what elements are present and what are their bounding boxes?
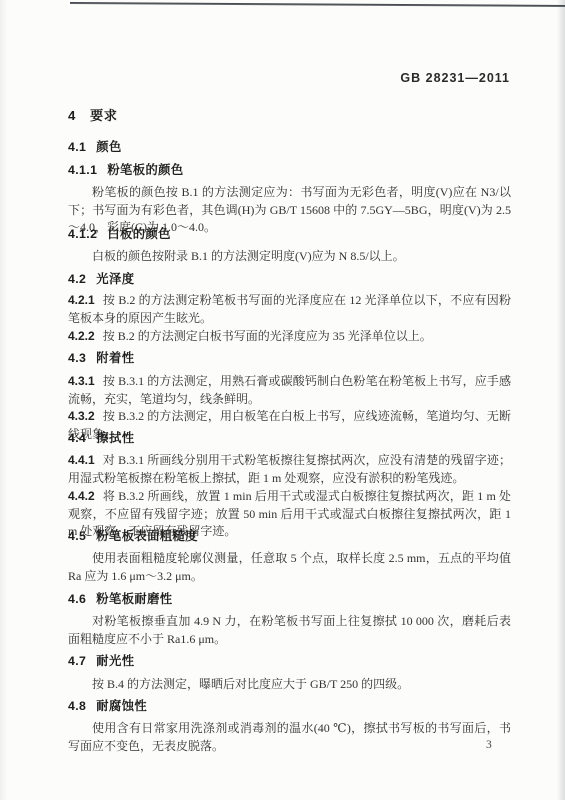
clause-number: 4.4.2 bbox=[68, 489, 95, 503]
section-heading-4-4: 4.4擦拭性 bbox=[68, 430, 511, 448]
paragraph: 对粉笔板擦垂直加 4.9 N 力，在粉笔板书写面上往复擦拭 10 000 次，磨… bbox=[68, 613, 511, 648]
clause-text: 按 B.3.1 的方法测定，用熟石膏或碳酸钙制白色粉笔在粉笔板上书写，应手感流畅… bbox=[68, 374, 511, 406]
section-heading-4-2: 4.2光泽度 bbox=[68, 271, 511, 289]
heading-number: 4.1.1 bbox=[68, 163, 97, 177]
section-heading-4: 4要求 bbox=[68, 107, 511, 125]
clause-text: 按 B.2 的方法测定白板书写面的光泽度应为 35 光泽单位以上。 bbox=[103, 329, 432, 343]
heading-title: 附着性 bbox=[96, 351, 134, 365]
section-heading-4-7: 4.7耐光性 bbox=[68, 653, 511, 671]
heading-number: 4.4 bbox=[68, 431, 86, 445]
clause-text: 对 B.3.1 所画线分别用干式粉笔板擦往复擦拭两次，应没有清楚的残留字迹；用湿… bbox=[68, 453, 511, 485]
heading-title: 粉笔板耐磨性 bbox=[96, 592, 172, 606]
section-heading-4-1-2: 4.1.2白板的颜色 bbox=[68, 226, 511, 244]
heading-number: 4.6 bbox=[68, 592, 86, 606]
heading-number: 4.1 bbox=[68, 140, 86, 154]
scan-edge-top-line bbox=[70, 2, 565, 7]
heading-number: 4.3 bbox=[68, 351, 86, 365]
heading-number: 4.8 bbox=[68, 699, 86, 713]
clause-paragraph-4-3-1: 4.3.1按 B.3.1 的方法测定，用熟石膏或碳酸钙制白色粉笔在粉笔板上书写，… bbox=[68, 373, 511, 408]
section-heading-4-1: 4.1颜色 bbox=[68, 139, 511, 157]
clause-number: 4.3.2 bbox=[68, 409, 95, 423]
paragraph-text: 使用表面粗糙度轮廓仪测量，任意取 5 个点，取样长度 2.5 mm，五点的平均值… bbox=[68, 551, 511, 583]
section-heading-4-5: 4.5粉笔板表面粗糙度 bbox=[68, 528, 511, 546]
paragraph: 使用表面粗糙度轮廓仪测量，任意取 5 个点，取样长度 2.5 mm，五点的平均值… bbox=[68, 550, 511, 585]
heading-number: 4.7 bbox=[68, 654, 86, 668]
heading-number: 4.2 bbox=[68, 272, 86, 286]
heading-title: 白板的颜色 bbox=[107, 227, 171, 241]
heading-title: 擦拭性 bbox=[96, 431, 134, 445]
clause-number: 4.3.1 bbox=[68, 374, 95, 388]
paragraph-text: 按 B.4 的方法测定，曝晒后对比度应大于 GB/T 250 的四级。 bbox=[92, 677, 409, 691]
section-heading-4-8: 4.8耐腐蚀性 bbox=[68, 698, 511, 716]
heading-title: 耐腐蚀性 bbox=[96, 699, 147, 713]
clause-number: 4.4.1 bbox=[68, 453, 95, 467]
heading-title: 耐光性 bbox=[96, 654, 134, 668]
clause-paragraph-4-4-1: 4.4.1对 B.3.1 所画线分别用干式粉笔板擦往复擦拭两次，应没有清楚的残留… bbox=[68, 452, 511, 487]
clause-number: 4.2.1 bbox=[68, 293, 95, 307]
heading-number: 4 bbox=[68, 108, 76, 123]
heading-number: 4.1.2 bbox=[68, 227, 97, 241]
clause-paragraph-4-2-1: 4.2.1按 B.2 的方法测定粉笔板书写面的光泽度应在 12 光泽单位以下，不… bbox=[68, 292, 511, 327]
standard-code-header: GB 28231—2011 bbox=[400, 71, 510, 85]
section-heading-4-6: 4.6粉笔板耐磨性 bbox=[68, 591, 511, 609]
section-heading-4-3: 4.3附着性 bbox=[68, 350, 511, 368]
paragraph-text: 对粉笔板擦垂直加 4.9 N 力，在粉笔板书写面上往复擦拭 10 000 次，磨… bbox=[68, 614, 511, 646]
section-heading-4-1-1: 4.1.1粉笔板的颜色 bbox=[68, 162, 511, 180]
heading-title: 粉笔板的颜色 bbox=[107, 163, 183, 177]
clause-paragraph-4-2-2: 4.2.2按 B.2 的方法测定白板书写面的光泽度应为 35 光泽单位以上。 bbox=[68, 328, 511, 346]
heading-title: 光泽度 bbox=[96, 272, 134, 286]
paragraph-text: 白板的颜色按附录 B.1 的方法测定明度(V)应为 N 8.5/以上。 bbox=[92, 249, 405, 263]
page-number: 3 bbox=[486, 739, 492, 751]
heading-number: 4.5 bbox=[68, 529, 86, 543]
heading-title: 要求 bbox=[90, 108, 118, 123]
clause-number: 4.2.2 bbox=[68, 329, 95, 343]
scan-edge-right bbox=[557, 0, 565, 800]
scan-edge-left bbox=[0, 0, 7, 800]
clause-text: 按 B.2 的方法测定粉笔板书写面的光泽度应在 12 光泽单位以下，不应有因粉笔… bbox=[68, 293, 511, 325]
heading-title: 粉笔板表面粗糙度 bbox=[96, 529, 198, 543]
paragraph-text: 使用含有日常家用洗涤剂或消毒剂的温水(40 ℃)，擦拭书写板的书写面后，书写面应… bbox=[68, 721, 511, 753]
paragraph: 使用含有日常家用洗涤剂或消毒剂的温水(40 ℃)，擦拭书写板的书写面后，书写面应… bbox=[68, 720, 511, 755]
heading-title: 颜色 bbox=[96, 140, 121, 154]
scanned-document-page: GB 28231—2011 4要求 4.1颜色 4.1.1粉笔板的颜色 粉笔板的… bbox=[0, 0, 565, 800]
paragraph: 按 B.4 的方法测定，曝晒后对比度应大于 GB/T 250 的四级。 bbox=[68, 676, 511, 694]
paragraph: 白板的颜色按附录 B.1 的方法测定明度(V)应为 N 8.5/以上。 bbox=[68, 248, 511, 266]
